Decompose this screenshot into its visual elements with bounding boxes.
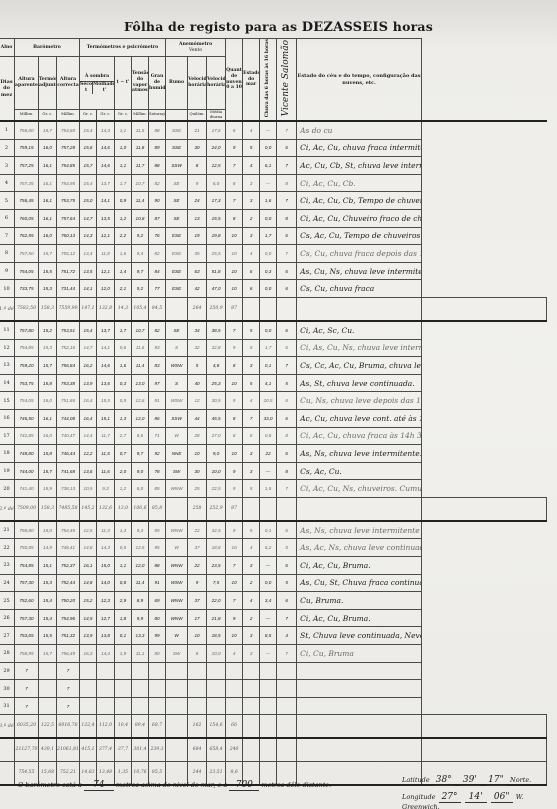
table-row: 3077 bbox=[0, 680, 547, 698]
summary-remarks bbox=[422, 497, 547, 521]
unit-daily-mean: Média diurna bbox=[207, 109, 226, 121]
summary-cl: 66 bbox=[226, 715, 243, 739]
cell-vap: 9,7 bbox=[132, 262, 149, 280]
summary-value: 7509,00 bbox=[15, 504, 38, 514]
summary-value: 7485,58 bbox=[57, 504, 79, 514]
summary-value: 158,3 bbox=[39, 304, 56, 314]
summary-corr: 7485,58 bbox=[57, 497, 80, 521]
title-hour: DEZASSEIS bbox=[302, 20, 388, 35]
table-row: 13759,2015,7756,8416,214,61,611,483WSW54… bbox=[0, 357, 547, 375]
cell-rain: 0,1 bbox=[260, 521, 277, 539]
cell-sea bbox=[243, 662, 260, 680]
cell-dir: W bbox=[166, 427, 188, 445]
cell-tadj bbox=[39, 697, 57, 715]
cell-dry: 13,4 bbox=[80, 245, 97, 263]
day-number: 8 bbox=[0, 245, 15, 263]
cell-v: 19 bbox=[188, 227, 207, 245]
cell-tadj: 15,7 bbox=[39, 462, 57, 480]
cell-sea: 4 bbox=[243, 121, 260, 139]
summary-value: 66 bbox=[226, 721, 242, 731]
cell-wet: 12,0 bbox=[97, 280, 115, 298]
cell-v: 21 bbox=[188, 121, 207, 139]
cell-hum: 85 bbox=[149, 521, 166, 539]
cell-diff bbox=[115, 680, 132, 698]
cell-vm bbox=[207, 680, 226, 698]
summary-corr: 21061,81 bbox=[57, 738, 80, 762]
anemometer-label: Anemómetro bbox=[179, 42, 212, 47]
cell-bar: 754,85 bbox=[15, 557, 39, 575]
cell-vm: 15,5 bbox=[207, 209, 226, 227]
cell-diff: 0,9 bbox=[115, 392, 132, 410]
cell-dry: 15,4 bbox=[80, 321, 97, 339]
summary-diff: 13,0 bbox=[115, 497, 132, 521]
cell-rain: 22 bbox=[260, 445, 277, 463]
cell-tadj: 15,5 bbox=[39, 262, 57, 280]
table-row: 4757,3516,1754,9515,413,71,710,782SE96,0… bbox=[0, 174, 547, 192]
table-body: 1756,0015,7754,6015,414,31,111,588SSE211… bbox=[0, 121, 547, 785]
cell-corr: 7 bbox=[57, 662, 80, 680]
remarks-cell: As, Cu, St, Chuva fraca continuada. bbox=[297, 574, 422, 592]
cell-hum: 69 bbox=[149, 592, 166, 610]
cell-cl bbox=[226, 680, 243, 698]
summary-empty bbox=[243, 497, 260, 521]
cell-rain: 0,0 bbox=[260, 209, 277, 227]
summary-value: 7583,50 bbox=[15, 304, 38, 314]
remarks-cell: Cu, Bruma. bbox=[297, 592, 422, 610]
summary-value: 301,4 bbox=[132, 745, 148, 755]
summary-diff: 37,7 bbox=[115, 738, 132, 762]
cell-tadj: 15,1 bbox=[39, 557, 57, 575]
cell-hum: 93 bbox=[149, 339, 166, 357]
cell-hum: 82 bbox=[149, 174, 166, 192]
cell-corr: 741,68 bbox=[57, 462, 80, 480]
cell-x: 8 bbox=[277, 427, 297, 445]
cell-hum: 76 bbox=[149, 227, 166, 245]
cell-vap: 9,3 bbox=[132, 521, 149, 539]
cell-vm: 18,8 bbox=[207, 539, 226, 557]
cell-hum: 83 bbox=[149, 357, 166, 375]
cell-x: 7 bbox=[277, 157, 297, 175]
cell-wet: 11,8 bbox=[97, 245, 115, 263]
wind-speed-header: Velocidade horária bbox=[188, 57, 207, 110]
cell-hum: 84 bbox=[149, 262, 166, 280]
cell-vm: 27,0 bbox=[207, 427, 226, 445]
latitude-label: Latitude bbox=[402, 776, 430, 784]
cell-cl: 8 bbox=[226, 209, 243, 227]
summary-value: 377,4 bbox=[97, 745, 114, 755]
summary-value: 7559,90 bbox=[57, 304, 79, 314]
cell-x: 7 bbox=[277, 480, 297, 498]
cell-bar: 7 bbox=[15, 697, 39, 715]
cell-sea: 4 bbox=[243, 592, 260, 610]
table-row: 11757,8015,2753,5115,413,71,710,782SE343… bbox=[0, 321, 547, 339]
summary-wet: 132,8 bbox=[97, 297, 115, 321]
cell-cl: 7 bbox=[226, 157, 243, 175]
cell-rain: 0,1 bbox=[260, 357, 277, 375]
summary-empty bbox=[243, 297, 260, 321]
cell-diff: 2,1 bbox=[115, 280, 132, 298]
cell-tadj bbox=[39, 680, 57, 698]
cell-bar: 758,95 bbox=[15, 645, 39, 663]
summary-value: 240 bbox=[226, 745, 242, 755]
cell-bar: 760,05 bbox=[15, 209, 39, 227]
cell-v: 30 bbox=[188, 139, 207, 157]
cell-dry: 15,6 bbox=[80, 139, 97, 157]
longitude-minutes: 14' bbox=[465, 792, 487, 803]
cell-x: 6 bbox=[277, 339, 297, 357]
cell-tadj: 15,3 bbox=[39, 574, 57, 592]
cell-vap: 12,6 bbox=[132, 392, 149, 410]
day-number: 3 bbox=[0, 157, 15, 175]
cell-wet: 13,6 bbox=[97, 374, 115, 392]
summary-dry: 145,2 bbox=[80, 497, 97, 521]
cell-v: 22 bbox=[188, 557, 207, 575]
table-row: 28758,9515,7756,4916,314,41,911,180SW810… bbox=[0, 645, 547, 663]
cell-wet: 14,6 bbox=[97, 157, 115, 175]
cell-tadj: 15,2 bbox=[39, 321, 57, 339]
cell-corr: 753,38 bbox=[57, 374, 80, 392]
summary-empty bbox=[260, 715, 277, 739]
cell-bar: 757,30 bbox=[15, 609, 39, 627]
title-prefix: Fôlha de registo para as bbox=[124, 19, 297, 34]
bar-apparent-header: Altura aparente bbox=[15, 57, 39, 110]
summary-value: 14,3 bbox=[115, 304, 131, 314]
cell-vm: 10,0 bbox=[207, 462, 226, 480]
summary-wet: 132,6 bbox=[97, 497, 115, 521]
cell-wet: 14,6 bbox=[97, 357, 115, 375]
cell-corr: 7 bbox=[57, 680, 80, 698]
summary-empty bbox=[260, 738, 277, 762]
remarks-cell: As, Ns, chuva leve intermitente bbox=[297, 521, 422, 539]
cell-vm: 10,0 bbox=[207, 645, 226, 663]
wet-label: Molhado t' bbox=[93, 82, 114, 93]
summary-remarks bbox=[422, 297, 547, 321]
cell-corr: 748,41 bbox=[57, 539, 80, 557]
cell-diff: 0,7 bbox=[115, 445, 132, 463]
cell-corr: 752,16 bbox=[57, 339, 80, 357]
summary-vm: 250,9 bbox=[207, 297, 226, 321]
cell-rain: 0,3 bbox=[260, 262, 277, 280]
cell-rain: — bbox=[260, 609, 277, 627]
cell-corr: 757,64 bbox=[57, 209, 80, 227]
remarks-cell: Ci, Ac, Cu, chuva fraca intermitente. bbox=[297, 139, 422, 157]
cell-tadj: 15,0 bbox=[39, 521, 57, 539]
cell-dir: WSW bbox=[166, 357, 188, 375]
day-number: 29 bbox=[0, 662, 15, 680]
summary-row: 1.ª década7583,50158,37559,90147,1132,81… bbox=[0, 297, 547, 321]
summary-dir bbox=[166, 715, 188, 739]
cell-cl bbox=[226, 662, 243, 680]
cell-vm: 23,5 bbox=[207, 557, 226, 575]
cell-corr: 756,49 bbox=[57, 645, 80, 663]
cell-v: 40 bbox=[188, 374, 207, 392]
summary-cl: 87 bbox=[226, 497, 243, 521]
cell-x: 7 bbox=[277, 121, 297, 139]
summary-value: 158,3 bbox=[39, 504, 56, 514]
cell-rain bbox=[260, 680, 277, 698]
summary-value: 415,1 bbox=[80, 745, 96, 755]
cell-hum: 89 bbox=[149, 139, 166, 157]
remarks-cell bbox=[297, 680, 422, 698]
cell-diff: 1,1 bbox=[115, 157, 132, 175]
summary-dry: 122,4 bbox=[80, 715, 97, 739]
table-row: 7762,5516,0760,1314,312,12,29,276ESE1919… bbox=[0, 227, 547, 245]
cell-dir: WNW bbox=[166, 521, 188, 539]
cell-tadj: 15,7 bbox=[39, 121, 57, 139]
summary-hum: 84,5 bbox=[149, 297, 166, 321]
cell-hum: 85 bbox=[149, 480, 166, 498]
summary-v: 684 bbox=[188, 738, 207, 762]
cell-corr: 756,84 bbox=[57, 357, 80, 375]
cell-vm: 4,8 bbox=[207, 357, 226, 375]
cell-dry: 14,1 bbox=[80, 280, 97, 298]
cell-sea: 3 bbox=[243, 357, 260, 375]
cell-wet: 9,3 bbox=[97, 480, 115, 498]
cell-bar: 748,80 bbox=[15, 445, 39, 463]
cell-sea: 5 bbox=[243, 339, 260, 357]
cell-x bbox=[277, 662, 297, 680]
cell-vm: 22,5 bbox=[207, 480, 226, 498]
cell-diff: 0,9 bbox=[115, 192, 132, 210]
cell-cl: 7 bbox=[226, 192, 243, 210]
cell-sea: 5 bbox=[243, 139, 260, 157]
observer-signature: Vicente Salomão bbox=[281, 40, 292, 116]
cell-sea: 3 bbox=[243, 462, 260, 480]
cell-bar: 746,50 bbox=[15, 409, 39, 427]
cell-hum: 88 bbox=[149, 121, 166, 139]
day-number: 17 bbox=[0, 427, 15, 445]
cell-wet: 13,7 bbox=[97, 174, 115, 192]
cell-corr: 754,95 bbox=[57, 174, 80, 192]
cell-vap: 11,4 bbox=[132, 192, 149, 210]
dry-label: Sêco t bbox=[80, 82, 93, 93]
cell-dry bbox=[80, 697, 97, 715]
summary-value: 105,4 bbox=[132, 304, 148, 314]
cell-x: 6 bbox=[277, 409, 297, 427]
cell-rain: 3,4 bbox=[260, 592, 277, 610]
summary-empty bbox=[297, 738, 422, 762]
cell-tadj: 15,7 bbox=[39, 245, 57, 263]
latitude-minutes: 39' bbox=[459, 775, 481, 786]
summary-value: 15,68 bbox=[39, 768, 56, 778]
shade-label: À sombra bbox=[80, 72, 114, 83]
cell-diff: 0,5 bbox=[115, 539, 132, 557]
cell-x bbox=[277, 697, 297, 715]
summary-hum: 85,8 bbox=[149, 497, 166, 521]
cell-v: 10 bbox=[188, 445, 207, 463]
summary-value: 122,5 bbox=[39, 721, 56, 731]
cell-sea: 3 bbox=[243, 645, 260, 663]
cell-sea: 2 bbox=[243, 574, 260, 592]
cell-sea: 5 bbox=[243, 374, 260, 392]
summary-cl: 87 bbox=[226, 297, 243, 321]
cell-vap: 12,0 bbox=[132, 409, 149, 427]
cell-bar: 756,45 bbox=[15, 192, 39, 210]
cell-dry: 16,4 bbox=[80, 409, 97, 427]
cell-vm: 12,5 bbox=[207, 157, 226, 175]
summary-value: 754,55 bbox=[15, 768, 38, 778]
cell-vap: 9,0 bbox=[132, 462, 149, 480]
remarks-cell: Ac, Cu, Cb, St, chuva leve intermitente … bbox=[297, 157, 422, 175]
cell-wet: 13,5 bbox=[97, 209, 115, 227]
summary-cl: 240 bbox=[226, 738, 243, 762]
day-number: 28 bbox=[0, 645, 15, 663]
summary-dir bbox=[166, 738, 188, 762]
summary-vm: 154,6 bbox=[207, 715, 226, 739]
cell-corr: 7 bbox=[57, 697, 80, 715]
summary-vm: 252,9 bbox=[207, 497, 226, 521]
cell-sea: 5 bbox=[243, 321, 260, 339]
cell-dry: 16,4 bbox=[80, 392, 97, 410]
latitude-direction: Norte. bbox=[510, 776, 531, 784]
cell-bar: 741,40 bbox=[15, 480, 39, 498]
cell-tadj: 14,9 bbox=[39, 539, 57, 557]
cell-cl: 4 bbox=[226, 645, 243, 663]
cell-diff: 1,6 bbox=[115, 245, 132, 263]
day-number: 25 bbox=[0, 592, 15, 610]
cell-cl: 10 bbox=[226, 574, 243, 592]
cell-cl: 9 bbox=[226, 339, 243, 357]
cell-corr: 754,85 bbox=[57, 157, 80, 175]
cell-vm bbox=[207, 662, 226, 680]
cell-wet: 13,7 bbox=[97, 321, 115, 339]
summary-label: 2.ª década bbox=[0, 497, 15, 521]
longitude-degrees: 27° bbox=[439, 792, 461, 803]
table-row: 27753,6515,5751,3213,913,80,113,399W1018… bbox=[0, 627, 547, 645]
cell-wet: 15,0 bbox=[97, 557, 115, 575]
cell-x bbox=[277, 680, 297, 698]
table-row: 2759,1516,0757,2815,614,61,011,889SSE302… bbox=[0, 139, 547, 157]
summary-empty bbox=[277, 715, 297, 739]
cell-cl: 8 bbox=[226, 121, 243, 139]
cell-x: 6 bbox=[277, 262, 297, 280]
summary-vm: 658,4 bbox=[207, 738, 226, 762]
cell-x: 8 bbox=[277, 209, 297, 227]
cell-dry: 13,6 bbox=[80, 462, 97, 480]
table-row: 25752,6015,4750,2015,212,32,98,969WNW372… bbox=[0, 592, 547, 610]
summary-empty bbox=[277, 297, 297, 321]
cell-wet: 14,3 bbox=[97, 539, 115, 557]
cell-diff: 1,2 bbox=[115, 209, 132, 227]
cell-vap: 13,3 bbox=[132, 627, 149, 645]
table-row: 3757,2516,1754,8515,714,61,111,788SSW812… bbox=[0, 157, 547, 175]
summary-value: 1,35 bbox=[115, 768, 131, 778]
summary-value: 37,7 bbox=[115, 745, 131, 755]
cell-hum bbox=[149, 697, 166, 715]
cell-cl: 9 bbox=[226, 521, 243, 539]
cell-tadj: 16,1 bbox=[39, 209, 57, 227]
summary-bar: 6035,20 bbox=[15, 715, 39, 739]
cell-wet: 14,3 bbox=[97, 121, 115, 139]
cell-rain: 0,0 bbox=[260, 245, 277, 263]
cell-rain: 1,5 bbox=[260, 480, 277, 498]
cell-corr: 740,47 bbox=[57, 427, 80, 445]
cell-diff bbox=[115, 662, 132, 680]
cell-corr: 757,28 bbox=[57, 139, 80, 157]
vapour-header: Tensão do vapor atmosférico bbox=[132, 57, 149, 110]
cell-x: 4 bbox=[277, 627, 297, 645]
summary-value: 23,51 bbox=[207, 768, 225, 778]
cell-rain: — bbox=[260, 645, 277, 663]
day-number: 23 bbox=[0, 557, 15, 575]
summary-value: 68,7 bbox=[149, 721, 165, 731]
cell-bar: 759,20 bbox=[15, 357, 39, 375]
cell-wet: 11,5 bbox=[97, 445, 115, 463]
cell-vm: 24,0 bbox=[207, 139, 226, 157]
cell-diff: 1,4 bbox=[115, 262, 132, 280]
cell-vm: 17,3 bbox=[207, 192, 226, 210]
summary-v: 264 bbox=[188, 297, 207, 321]
cell-sea: 6 bbox=[243, 280, 260, 298]
summary-value: 10,4 bbox=[115, 721, 131, 731]
summary-label: 3.ª década bbox=[0, 715, 15, 739]
cell-vap: 9,9 bbox=[132, 609, 149, 627]
cell-dry: 14,4 bbox=[80, 427, 97, 445]
cell-sea: 3 bbox=[243, 227, 260, 245]
longitude-label: Longitude bbox=[402, 793, 435, 801]
unit-gc: Gr. c. bbox=[97, 109, 115, 121]
summary-vap: 301,4 bbox=[132, 738, 149, 762]
day-number: 31 bbox=[0, 697, 15, 715]
cell-dry: 15,0 bbox=[80, 192, 97, 210]
cell-cl: 10 bbox=[226, 445, 243, 463]
cell-dir bbox=[166, 662, 188, 680]
table-row: 12754,8515,3752,1614,714,10,611,693S3232… bbox=[0, 339, 547, 357]
summary-empty bbox=[243, 715, 260, 739]
cell-x: 6 bbox=[277, 392, 297, 410]
cell-wet bbox=[97, 697, 115, 715]
cell-bar: 744,00 bbox=[15, 462, 39, 480]
summary-value: 132,8 bbox=[97, 304, 114, 314]
cell-x: 6 bbox=[277, 445, 297, 463]
table-row: 8757,5015,7755,1213,411,81,69,482ESE3525… bbox=[0, 245, 547, 263]
rain-label: Chuva das 6 horas às 16 horas bbox=[265, 39, 271, 117]
cell-hum bbox=[149, 680, 166, 698]
cell-v bbox=[188, 697, 207, 715]
cell-dry: 10,5 bbox=[80, 480, 97, 498]
cell-bar: 754,85 bbox=[15, 339, 39, 357]
cell-dir: WNW bbox=[166, 592, 188, 610]
cell-vap: 11,4 bbox=[132, 357, 149, 375]
summary-value: 13,0 bbox=[115, 504, 131, 514]
table-row: 19744,0015,7741,6813,611,62,09,078SW3010… bbox=[0, 462, 547, 480]
cell-tadj: 16,1 bbox=[39, 192, 57, 210]
remarks-cell: Ci, Ac, Sc, Cu. bbox=[297, 321, 422, 339]
cell-wet: 14,0 bbox=[97, 574, 115, 592]
cell-dir: W bbox=[166, 539, 188, 557]
cell-dir bbox=[166, 697, 188, 715]
cell-corr: 753,51 bbox=[57, 321, 80, 339]
barometer-mid: metros acima do nivel do mar, e a bbox=[116, 781, 227, 789]
cell-dry: 12,5 bbox=[80, 521, 97, 539]
cell-sea bbox=[243, 697, 260, 715]
cell-vap: 10,7 bbox=[132, 321, 149, 339]
cell-v bbox=[188, 662, 207, 680]
cell-wet: 12,3 bbox=[97, 592, 115, 610]
cell-x: 6 bbox=[277, 592, 297, 610]
cell-vap: 11,6 bbox=[132, 339, 149, 357]
day-number: 13 bbox=[0, 357, 15, 375]
summary-diff: 14,3 bbox=[115, 297, 132, 321]
cell-dir: SE bbox=[166, 321, 188, 339]
cell-corr: 751,72 bbox=[57, 262, 80, 280]
day-number: 21 bbox=[0, 521, 15, 539]
summary-value: 132,6 bbox=[97, 504, 114, 514]
cell-vap: 11,1 bbox=[132, 645, 149, 663]
summary-value: 684 bbox=[188, 745, 206, 755]
cell-dir: WSW bbox=[166, 574, 188, 592]
cell-vm: 25,5 bbox=[207, 245, 226, 263]
